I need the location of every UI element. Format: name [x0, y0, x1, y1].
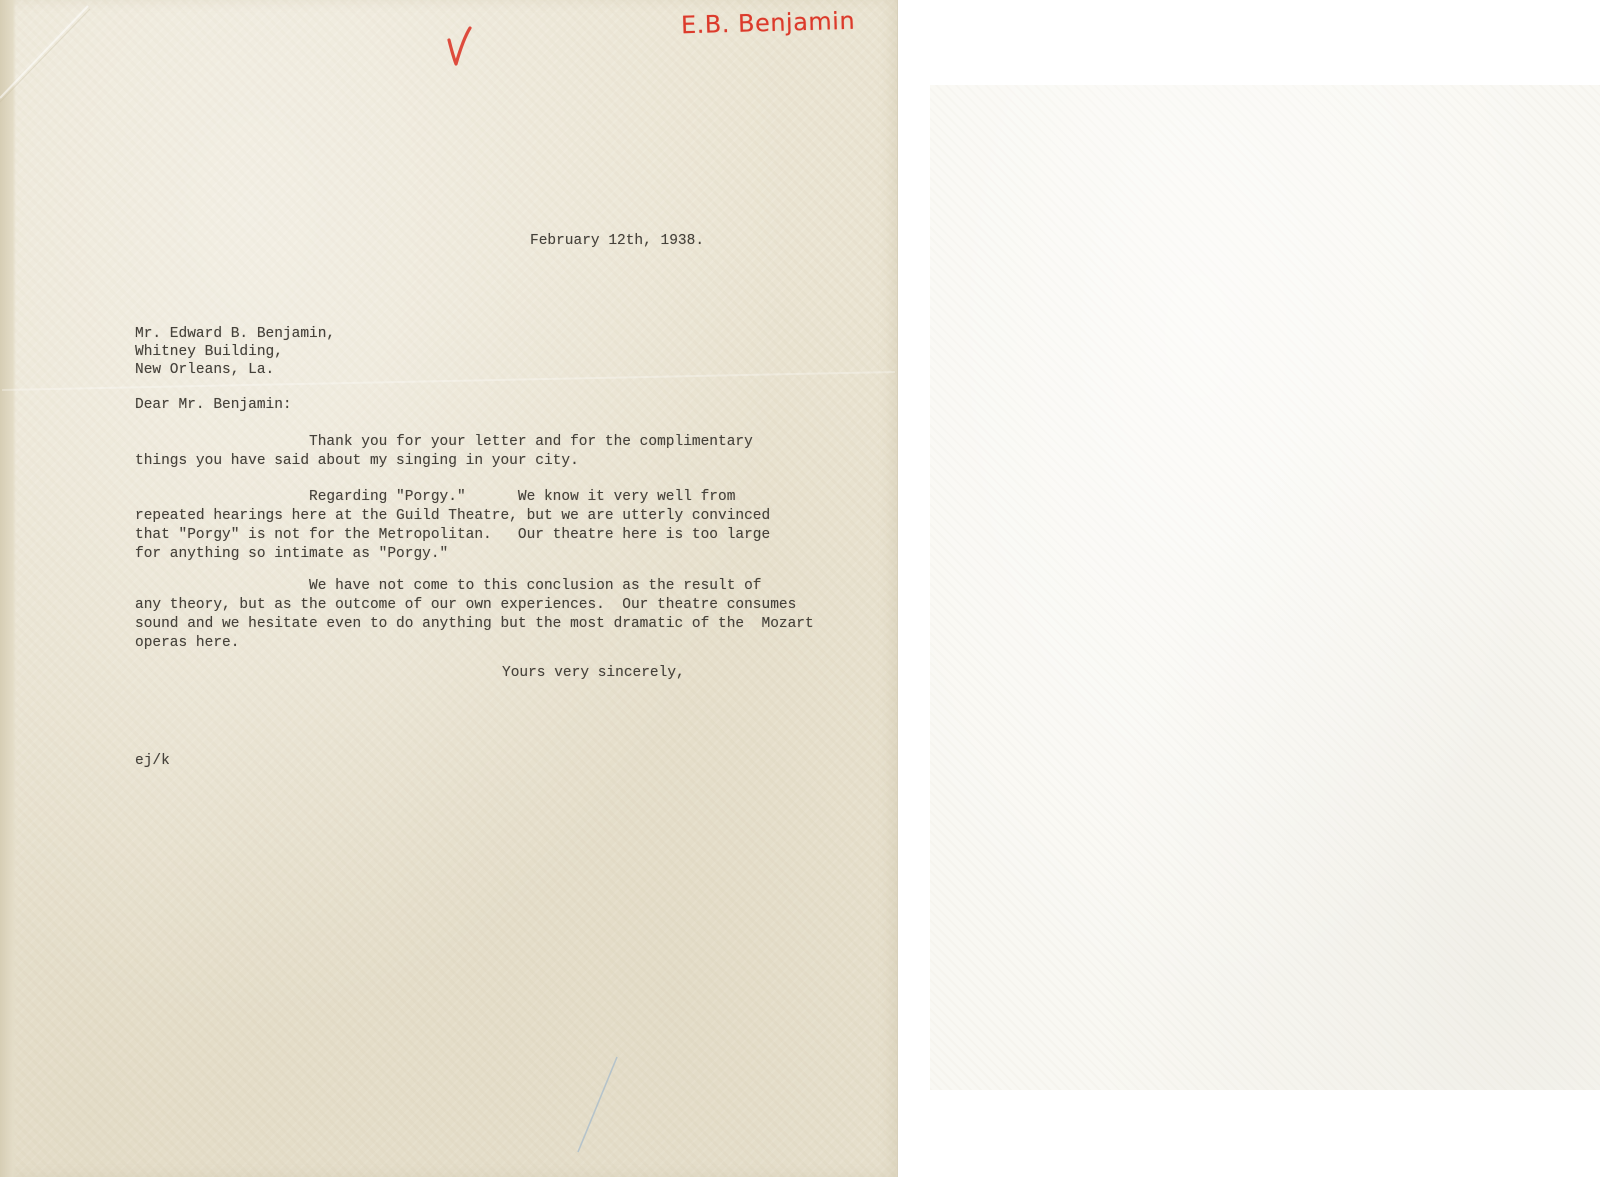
- benjamin-letter-page: E.B. Benjamin February 12th, 1938. Mr. E…: [0, 0, 898, 1177]
- red-name-annotation: E.B. Benjamin: [681, 7, 856, 40]
- letter-date-left: February 12th, 1938.: [530, 232, 704, 251]
- paragraph-thank-you: Thank you for your letter and for the co…: [135, 433, 753, 471]
- red-checkmark-annotation: [440, 24, 476, 70]
- cravath-letter-page: 15 BROAD STREET NEW YORK January 15, 194…: [930, 85, 1600, 1090]
- typist-initials: ej/k: [135, 752, 170, 771]
- scanned-letters-canvas: E.B. Benjamin February 12th, 1938. Mr. E…: [0, 0, 1600, 1177]
- blue-pencil-mark: [578, 1057, 617, 1152]
- salutation-left: Dear Mr. Benjamin:: [135, 396, 292, 415]
- recipient-address-left: Mr. Edward B. Benjamin, Whitney Building…: [135, 325, 335, 379]
- closing-left: Yours very sincerely,: [502, 664, 685, 683]
- paragraph-regarding-porgy: Regarding "Porgy." We know it very well …: [135, 488, 770, 564]
- paragraph-conclusion: We have not come to this conclusion as t…: [135, 577, 814, 653]
